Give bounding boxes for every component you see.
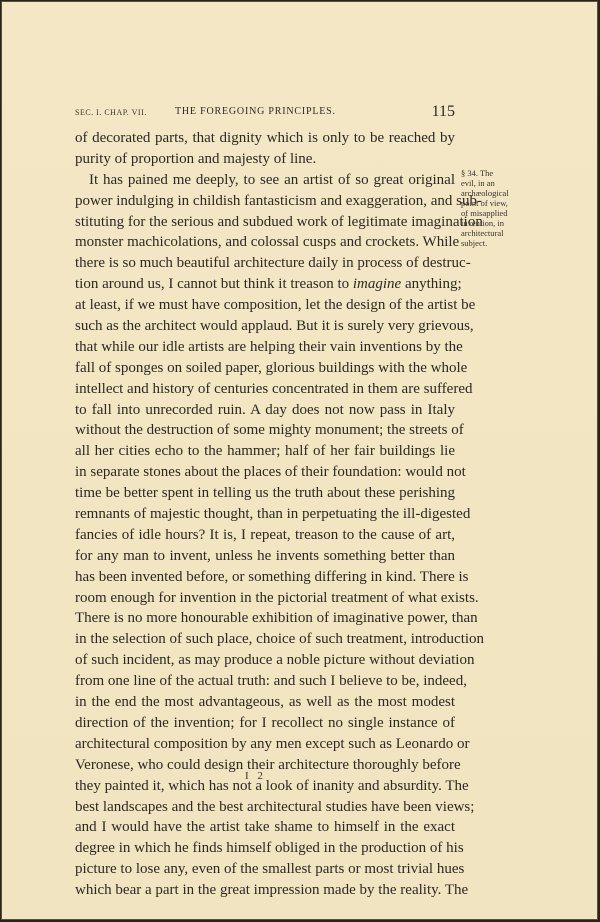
text-line: direction of the invention; for I recoll… (75, 713, 455, 734)
text-line: stituting for the serious and subdued wo… (75, 212, 455, 233)
text-line: for any man to invent, unless he invents… (75, 546, 455, 567)
text-line: architectural composition by any men exc… (75, 734, 455, 755)
text-line: in the selection of such place, choice o… (75, 629, 455, 650)
text-line: power indulging in childish fantasticism… (75, 191, 455, 212)
text-line: has been invented before, or something d… (75, 567, 455, 588)
text-line: monster machicolations, and colossal cus… (75, 232, 455, 253)
text-line: from one line of the actual truth: and s… (75, 671, 455, 692)
marginal-note-line: architectural (461, 228, 531, 238)
text-line: and I would have the artist take shame t… (75, 817, 455, 838)
text-line: degree in which he finds himself obliged… (75, 838, 455, 859)
running-head-section: SEC. I. CHAP. VII. (75, 108, 147, 117)
text-line: which bear a part in the great impressio… (75, 880, 455, 901)
text-line: in separate stones about the places of t… (75, 462, 455, 483)
marginal-note-line: archæological (461, 188, 531, 198)
text-line: fancies of idle hours? It is, I repeat, … (75, 525, 455, 546)
text-line: fall of sponges on soiled paper, gloriou… (75, 358, 455, 379)
text-line: time be better spent in telling us the t… (75, 483, 455, 504)
marginal-note-line: point of view, (461, 198, 531, 208)
marginal-note-line: invention, in (461, 218, 531, 228)
marginal-note-line: evil, in an (461, 178, 531, 188)
italic-word: imagine (353, 276, 401, 292)
text-line: at least, if we must have composition, l… (75, 295, 455, 316)
marginal-note-line: subject. (461, 238, 531, 248)
text-line: such as the architect would applaud. But… (75, 316, 455, 337)
marginal-note: § 34. The evil, in an archæological poin… (461, 168, 531, 248)
text-fragment: tion around us, I cannot but think it tr… (75, 276, 353, 292)
text-line: best landscapes and the best architectur… (75, 797, 455, 818)
text-line-with-italic: tion around us, I cannot but think it tr… (75, 274, 455, 295)
text-line: room enough for invention in the pictori… (75, 588, 455, 609)
text-line: that while our idle artists are helping … (75, 337, 455, 358)
book-page: SEC. I. CHAP. VII. THE FOREGOING PRINCIP… (1, 1, 598, 920)
signature-mark: I 2 (245, 770, 266, 782)
marginal-note-line: of misapplied (461, 208, 531, 218)
marginal-note-line: § 34. The (461, 168, 531, 178)
text-line: intellect and history of centuries conce… (75, 379, 455, 400)
page-number: 115 (432, 103, 455, 121)
text-line: It has pained me deeply, to see an artis… (75, 170, 455, 191)
running-head-title: THE FOREGOING PRINCIPLES. (175, 106, 336, 117)
text-line: of such incident, as may produce a noble… (75, 650, 455, 671)
text-line: without the destruction of some mighty m… (75, 420, 455, 441)
body-text: of decorated parts, that dignity which i… (75, 128, 455, 901)
text-line: remnants of majestic thought, than in pe… (75, 504, 455, 525)
text-line: there is so much beautiful architecture … (75, 253, 455, 274)
text-line: purity of proportion and majesty of line… (75, 149, 455, 170)
text-line: to fall into unrecorded ruin. A day does… (75, 400, 455, 421)
text-fragment: anything; (401, 276, 461, 292)
text-line: all her cities echo to the hammer; half … (75, 441, 455, 462)
running-head: SEC. I. CHAP. VII. THE FOREGOING PRINCIP… (75, 105, 455, 121)
text-line: picture to lose any, even of the smalles… (75, 859, 455, 880)
text-line: in the end the most advantageous, as wel… (75, 692, 455, 713)
text-line: There is no more honourable exhibition o… (75, 608, 455, 629)
text-line: of decorated parts, that dignity which i… (75, 128, 455, 149)
